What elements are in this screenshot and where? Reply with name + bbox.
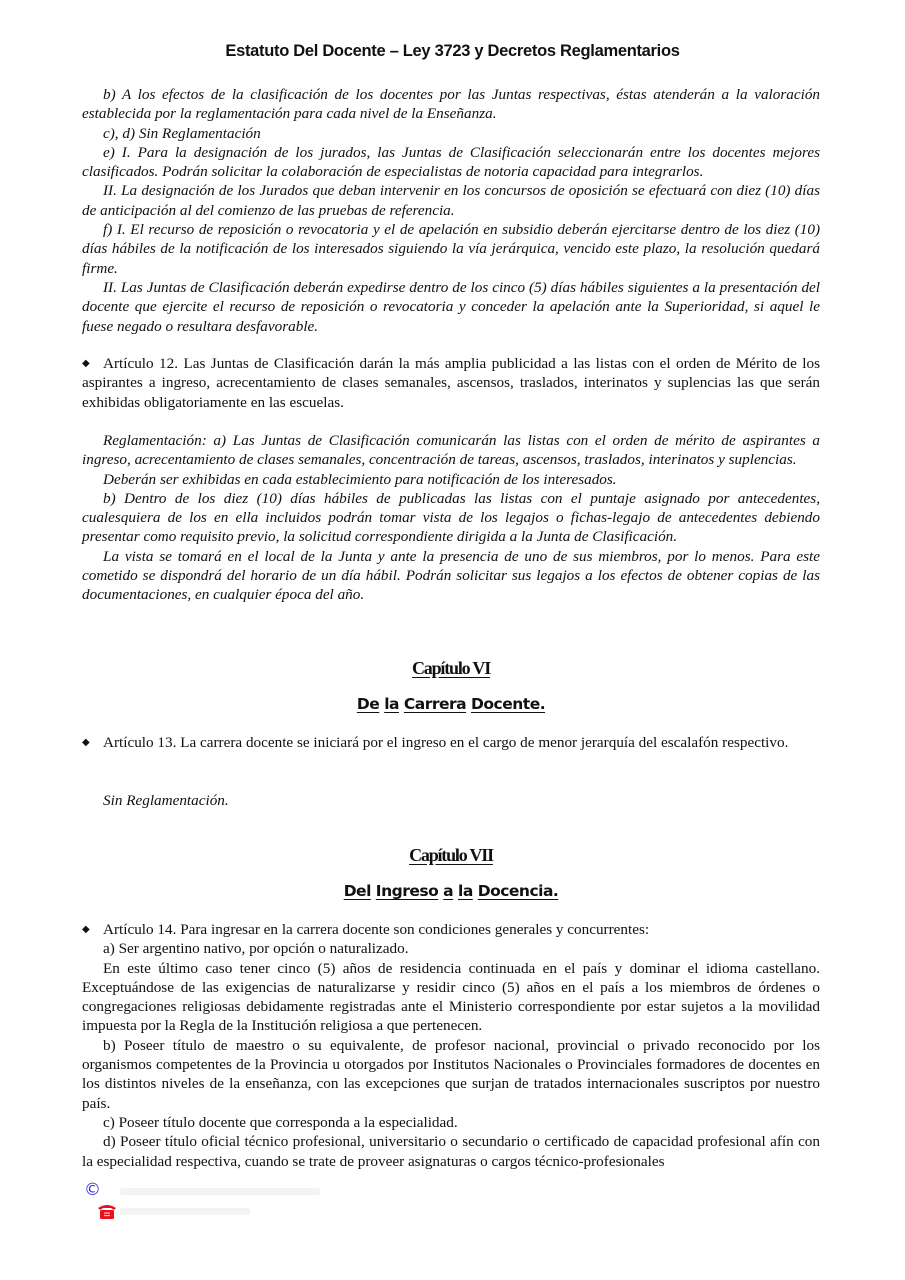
paragraph: e) I. Para la designación de los jurados… bbox=[82, 143, 820, 182]
copyright-icon: © bbox=[84, 1180, 101, 1200]
page-footer: © bbox=[84, 1180, 384, 1224]
paragraph: Reglamentación: a) Las Juntas de Clasifi… bbox=[82, 431, 820, 470]
diamond-bullet-icon: ◆ bbox=[82, 733, 103, 752]
articulo-12-reglamentacion: Reglamentación: a) Las Juntas de Clasifi… bbox=[82, 431, 820, 605]
articulo-12: ◆Artículo 12. Las Juntas de Clasificació… bbox=[82, 354, 820, 412]
diamond-bullet-icon: ◆ bbox=[82, 354, 103, 373]
article-text: Artículo 14. Para ingresar en la carrera… bbox=[103, 921, 649, 938]
article-paragraph: ◆Artículo 12. Las Juntas de Clasificació… bbox=[82, 354, 820, 412]
article-text: Artículo 12. Las Juntas de Clasificación… bbox=[82, 355, 820, 411]
article-paragraph: ◆Artículo 13. La carrera docente se inic… bbox=[82, 733, 820, 752]
subtitle-word: De bbox=[357, 695, 379, 713]
paragraph: b) Poseer título de maestro o su equival… bbox=[82, 1036, 820, 1113]
articulo-14: ◆Artículo 14. Para ingresar en la carrer… bbox=[82, 920, 820, 1171]
articulo-13-reglamentacion: Sin Reglamentación. bbox=[82, 791, 820, 810]
paragraph: Sin Reglamentación. bbox=[82, 791, 820, 810]
articulo-13: ◆Artículo 13. La carrera docente se inic… bbox=[82, 733, 820, 752]
paragraph: c), d) Sin Reglamentación bbox=[82, 124, 820, 143]
paragraph: a) Ser argentino nativo, por opción o na… bbox=[82, 939, 820, 958]
paragraph: f) I. El recurso de reposición o revocat… bbox=[82, 220, 820, 278]
chapter-title: Capítulo VI bbox=[82, 658, 820, 679]
subtitle-word: Del bbox=[344, 882, 371, 900]
paragraph: II. Las Juntas de Clasificación deberán … bbox=[82, 278, 820, 336]
faint-footer-text bbox=[120, 1208, 250, 1215]
subtitle-word: a bbox=[443, 882, 453, 900]
paragraph: En este último caso tener cinco (5) años… bbox=[82, 959, 820, 1036]
subtitle-word: Carrera bbox=[404, 695, 466, 713]
article-paragraph: ◆Artículo 14. Para ingresar en la carrer… bbox=[82, 920, 820, 939]
paragraph: La vista se tomará en el local de la Jun… bbox=[82, 547, 820, 605]
chapter-title: Capítulo VII bbox=[82, 845, 820, 866]
chapter-subtitle: De la Carrera Docente. bbox=[82, 695, 820, 713]
paragraph: d) Poseer título oficial técnico profesi… bbox=[82, 1132, 820, 1171]
document-header-title: Estatuto Del Docente – Ley 3723 y Decret… bbox=[0, 42, 905, 61]
reglamentacion-top-block: b) A los efectos de la clasificación de … bbox=[82, 85, 820, 336]
diamond-bullet-icon: ◆ bbox=[82, 920, 103, 939]
paragraph: b) A los efectos de la clasificación de … bbox=[82, 85, 820, 124]
subtitle-word: Docente. bbox=[471, 695, 545, 713]
subtitle-word: la bbox=[458, 882, 473, 900]
subtitle-word: Docencia. bbox=[478, 882, 559, 900]
faint-footer-text bbox=[120, 1188, 320, 1195]
paragraph: Deberán ser exhibidas en cada establecim… bbox=[82, 470, 820, 489]
subtitle-word: la bbox=[384, 695, 399, 713]
article-text: Artículo 13. La carrera docente se inici… bbox=[103, 734, 788, 751]
paragraph: c) Poseer título docente que corresponda… bbox=[82, 1113, 820, 1132]
subtitle-word: Ingreso bbox=[376, 882, 438, 900]
chapter-subtitle: Del Ingreso a la Docencia. bbox=[82, 882, 820, 900]
paragraph: b) Dentro de los diez (10) días hábiles … bbox=[82, 489, 820, 547]
paragraph: II. La designación de los Jurados que de… bbox=[82, 181, 820, 220]
telephone-icon bbox=[96, 1202, 118, 1220]
